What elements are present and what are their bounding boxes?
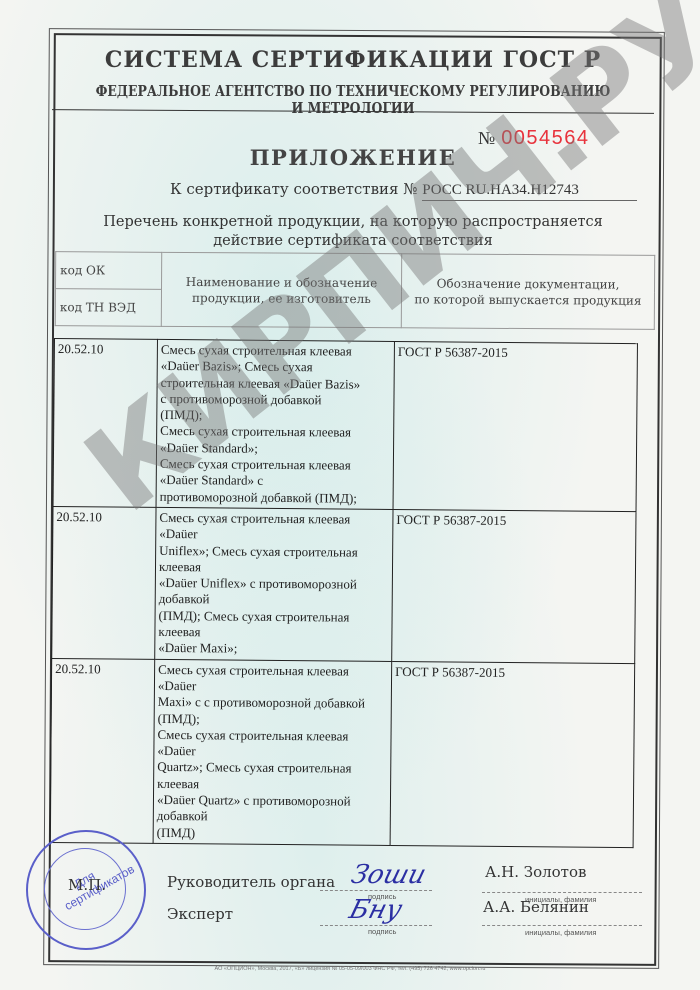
table-header: код ОК Наименование и обозначение продук… — [55, 251, 655, 330]
product-line: «Daüer Standard» с — [160, 472, 390, 490]
header-documentation: Обозначение документации, по которой вып… — [401, 254, 654, 330]
product-line: противоморозной добавкой (ПМД); — [160, 489, 390, 507]
stamp-place-label: М.П. — [68, 876, 106, 894]
product-document: ГОСТ Р 56387-2015 — [390, 661, 635, 847]
product-line: «Daüer Bazis»; Смесь сухая — [161, 358, 391, 376]
table-row: 20.52.10Смесь сухая строительная клеевая… — [53, 339, 637, 512]
header-product: Наименование и обозначение продукции, ее… — [161, 252, 401, 327]
product-line: Смесь сухая строительная клеевая — [160, 423, 390, 441]
table-row: 20.52.10Смесь сухая строительная клеевая… — [52, 506, 636, 663]
product-code: 20.52.10 — [52, 506, 156, 659]
expert-name: А.А. Белянин — [483, 898, 589, 916]
product-document: ГОСТ Р 56387-2015 — [393, 341, 637, 511]
expert-signature-line — [320, 925, 432, 926]
head-name: А.Н. Золотов — [485, 863, 586, 881]
printer-footer: АО «ОПЦИОН», Москва, 2017, «Б» лицензия … — [180, 966, 520, 972]
list-title-line2: действие сертификата соответствия — [52, 232, 654, 251]
expert-name-caption: инициалы, фамилия — [525, 928, 596, 937]
product-line: строительная клеевая «Daüer Bazis» — [161, 375, 391, 393]
product-line: с противоморозной добавкой — [160, 391, 390, 409]
head-signature: Зоши — [348, 860, 429, 890]
product-line: «Daüer Quartz» с противоморозной добавко… — [157, 792, 387, 827]
product-line: Maxi» с с противоморозной добавкой (ПМД)… — [158, 694, 388, 729]
certificate-reference: К сертификату соответствия № РОСС RU.НА3… — [170, 180, 637, 201]
expert-label: Эксперт — [167, 905, 233, 923]
product-description: Смесь сухая строительная клеевая«Daüer B… — [156, 339, 394, 509]
product-document: ГОСТ Р 56387-2015 — [392, 509, 636, 663]
head-name-line — [482, 892, 642, 893]
head-signature-line — [320, 890, 432, 891]
head-label: Руководитель органа — [167, 873, 335, 891]
product-description: Смесь сухая строительная клеевая «DaüerU… — [155, 507, 393, 661]
product-line: Смесь сухая строительная клеевая «Daüer — [158, 662, 388, 697]
header-code-tn-ved: код ТН ВЭД — [55, 289, 161, 327]
product-line: Quartz»; Смесь сухая строительная клеева… — [157, 759, 387, 794]
certificate-label: К сертификату соответствия № — [170, 180, 417, 198]
product-code: 20.52.10 — [53, 339, 157, 508]
expert-signature-caption: подпись — [368, 927, 396, 936]
header-doc-line2: по которой выпускается продукция — [403, 291, 653, 309]
product-line: (ПМД) — [157, 825, 387, 843]
product-line: Uniflex»; Смесь сухая строительная клеев… — [159, 542, 389, 577]
product-line: «Daüer Uniflex» с противоморозной добавк… — [159, 575, 389, 610]
certificate-number: РОСС RU.НА34.Н12743 — [422, 182, 637, 201]
header-product-line2: продукции, ее изготовитель — [163, 289, 400, 306]
product-line: Смесь сухая строительная клеевая «Daüer — [159, 510, 389, 545]
product-line: Смесь сухая строительная клеевая — [161, 342, 391, 360]
header-doc-line1: Обозначение документации, — [403, 275, 653, 293]
system-title: СИСТЕМА СЕРТИФИКАЦИИ ГОСТ Р — [52, 47, 654, 73]
product-line: (ПМД); — [160, 407, 390, 425]
products-table: 20.52.10Смесь сухая строительная клеевая… — [50, 338, 638, 848]
table-row: 20.52.10Смесь сухая строительная клеевая… — [50, 658, 635, 847]
header-code-ok: код ОК — [56, 252, 162, 290]
product-line: (ПМД); Смесь сухая строительная клеевая — [158, 608, 388, 643]
appendix-title: ПРИЛОЖЕНИЕ — [52, 145, 654, 170]
list-title-line1: Перечень конкретной продукции, на котору… — [52, 213, 654, 232]
product-line: «Daüer Standard»; — [160, 440, 390, 458]
product-line: Смесь сухая строительная клеевая «Daüer — [157, 727, 387, 762]
product-description: Смесь сухая строительная клеевая «DaüerM… — [153, 659, 392, 845]
expert-signature: Бну — [346, 895, 405, 925]
product-line: Смесь сухая строительная клеевая — [160, 456, 390, 474]
expert-name-line — [482, 925, 642, 926]
list-title: Перечень конкретной продукции, на котору… — [52, 213, 654, 251]
product-code: 20.52.10 — [50, 658, 155, 843]
header-product-line1: Наименование и обозначение — [163, 273, 400, 290]
product-line: «Daüer Maxi»; — [158, 640, 388, 658]
